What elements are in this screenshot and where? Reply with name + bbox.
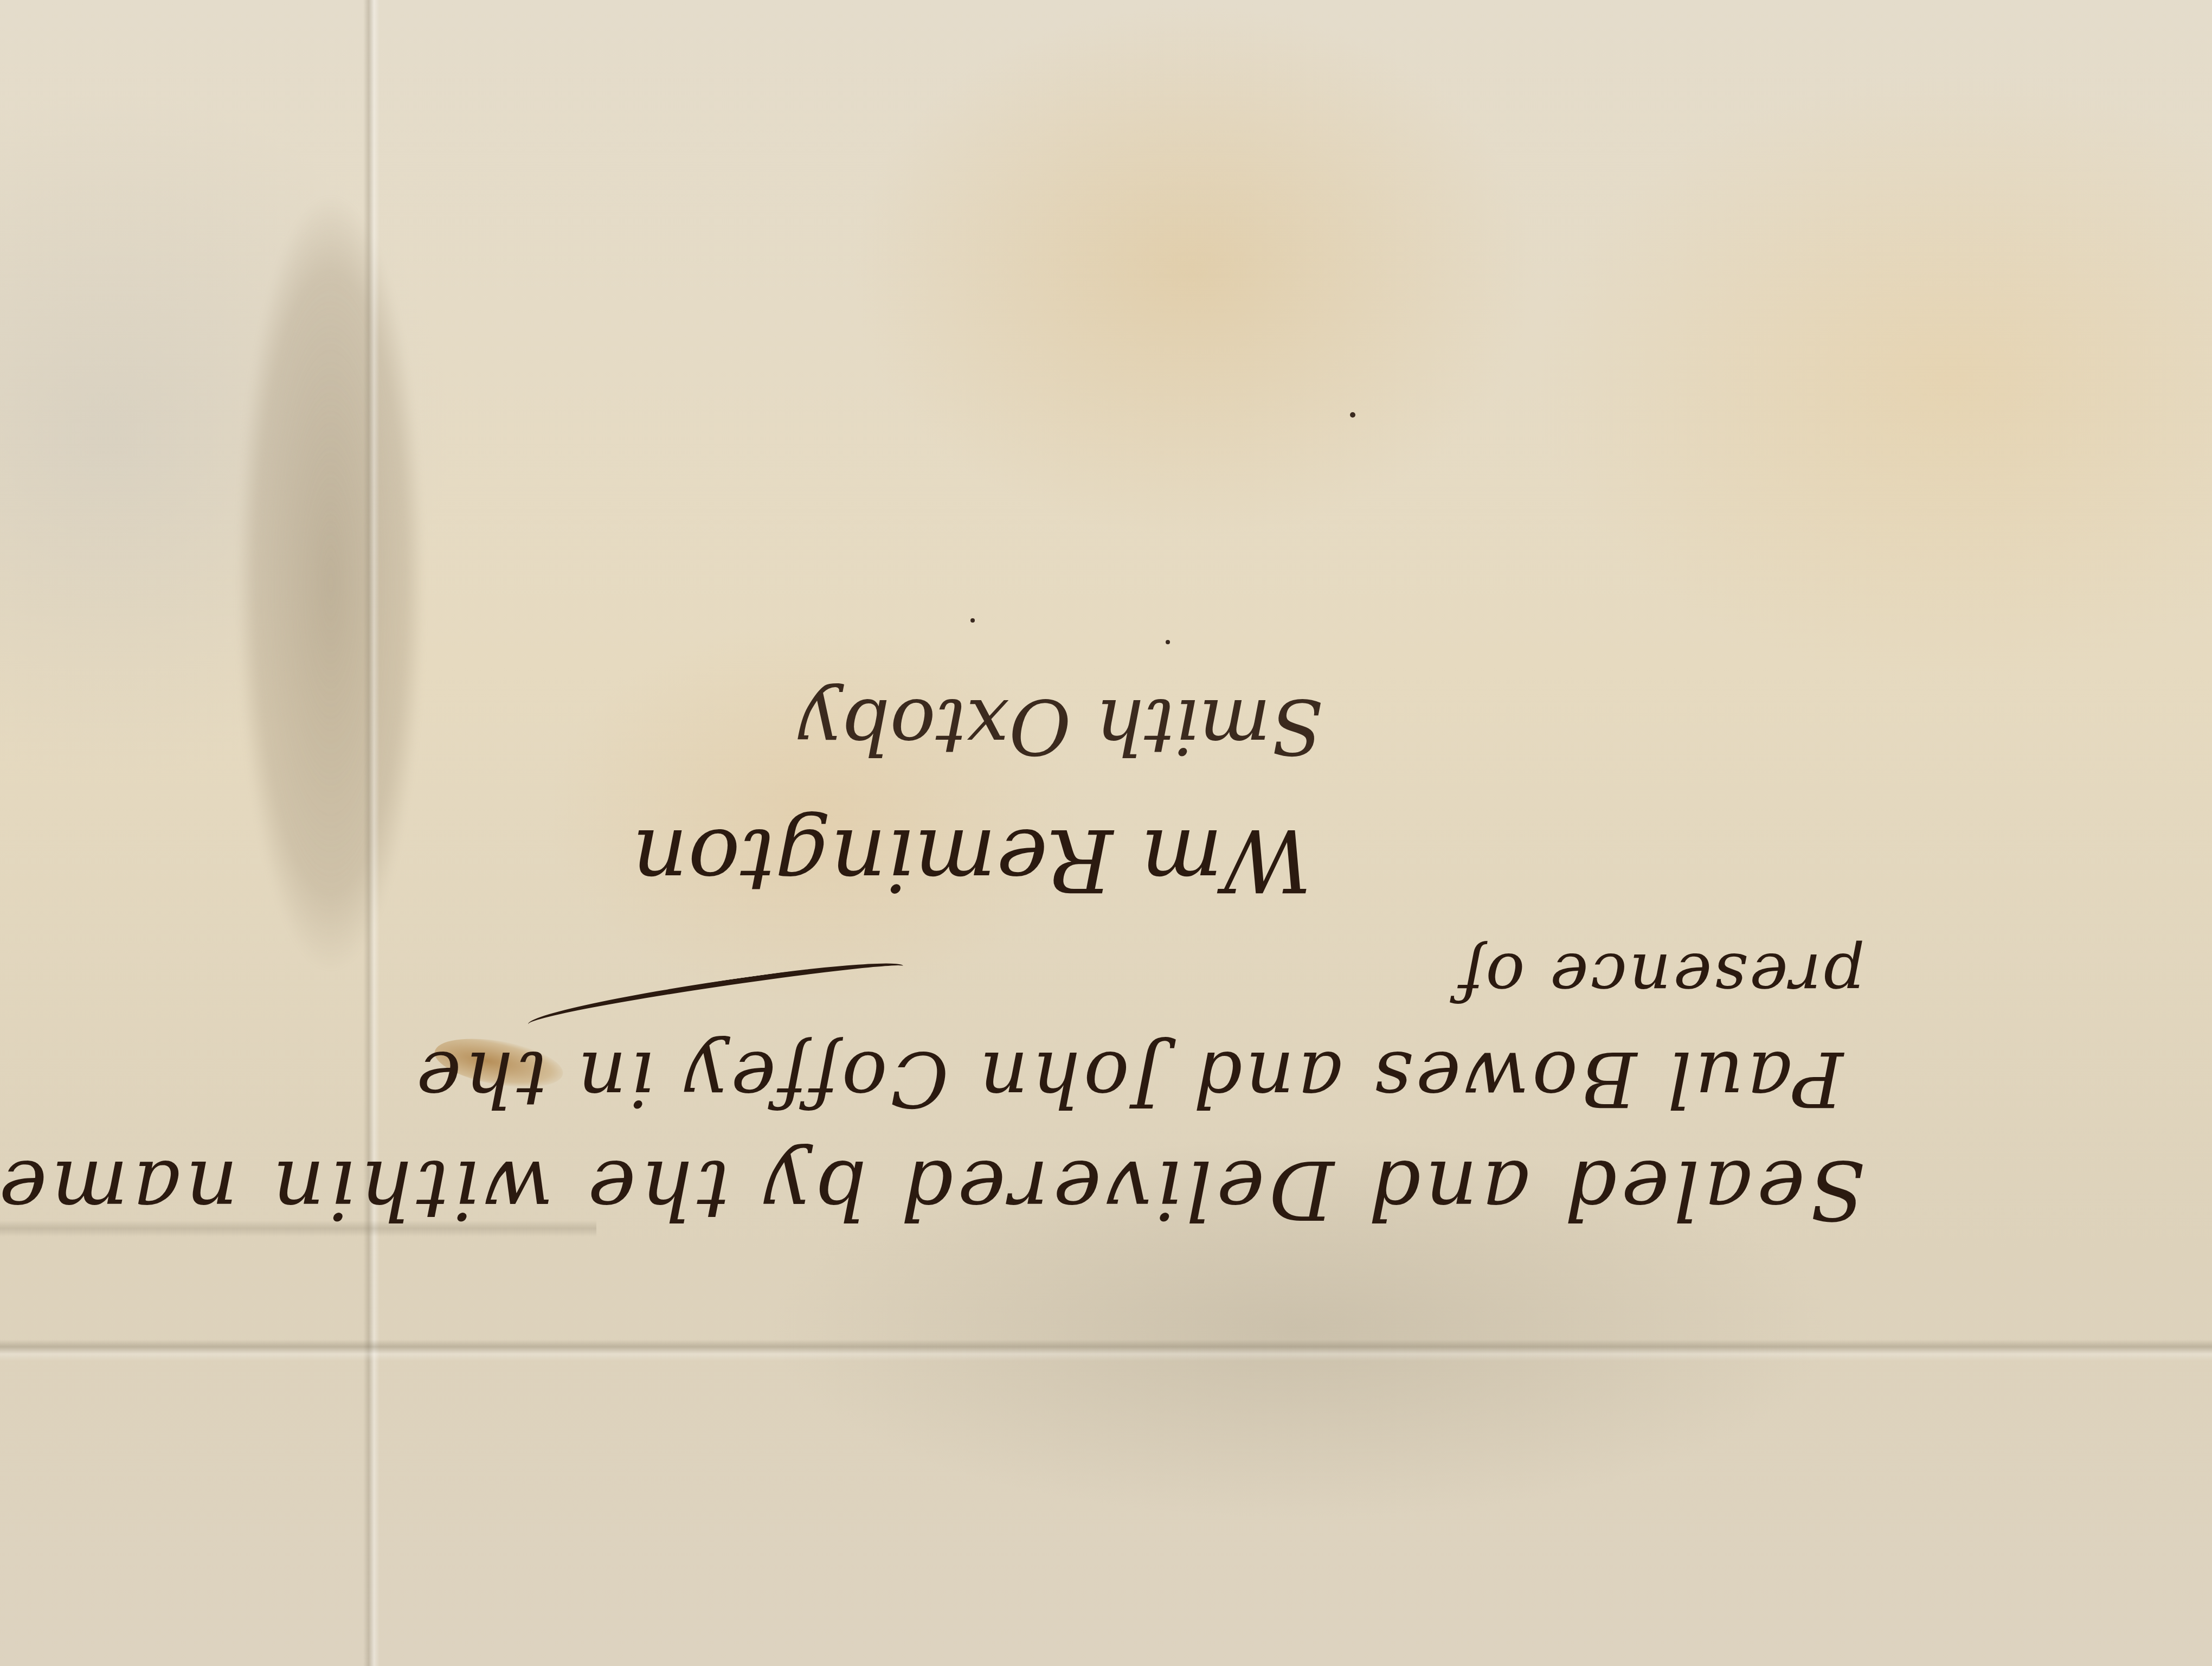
handwritten-endorsement: Sealed and Delivered by the within named… [520,607,1908,1247]
ink-speck [1350,412,1355,418]
vertical-fold-crease [363,0,380,1666]
signature-text: Wm Remington [632,810,1312,911]
line-text: Paul Bowes and John Coffey in the [413,1034,1843,1123]
line-text: presence of [1457,939,1865,1014]
endorsement-line-3: presence of [1457,939,1865,1014]
endorsement-line-1: Sealed and Delivered by the within named [0,1142,1865,1236]
horizontal-fold-crease [0,1340,2212,1361]
water-stain [206,119,455,1150]
witness-signature-2: Smith Oxtoby [799,682,1323,770]
witness-signature-1: Wm Remington [632,810,1312,911]
endorsement-line-2: Paul Bowes and John Coffey in the [413,1034,1843,1123]
pen-flourish [526,956,905,1035]
signature-text: Smith Oxtoby [799,682,1323,770]
line-text: Sealed and Delivered by the within named [0,1142,1865,1236]
